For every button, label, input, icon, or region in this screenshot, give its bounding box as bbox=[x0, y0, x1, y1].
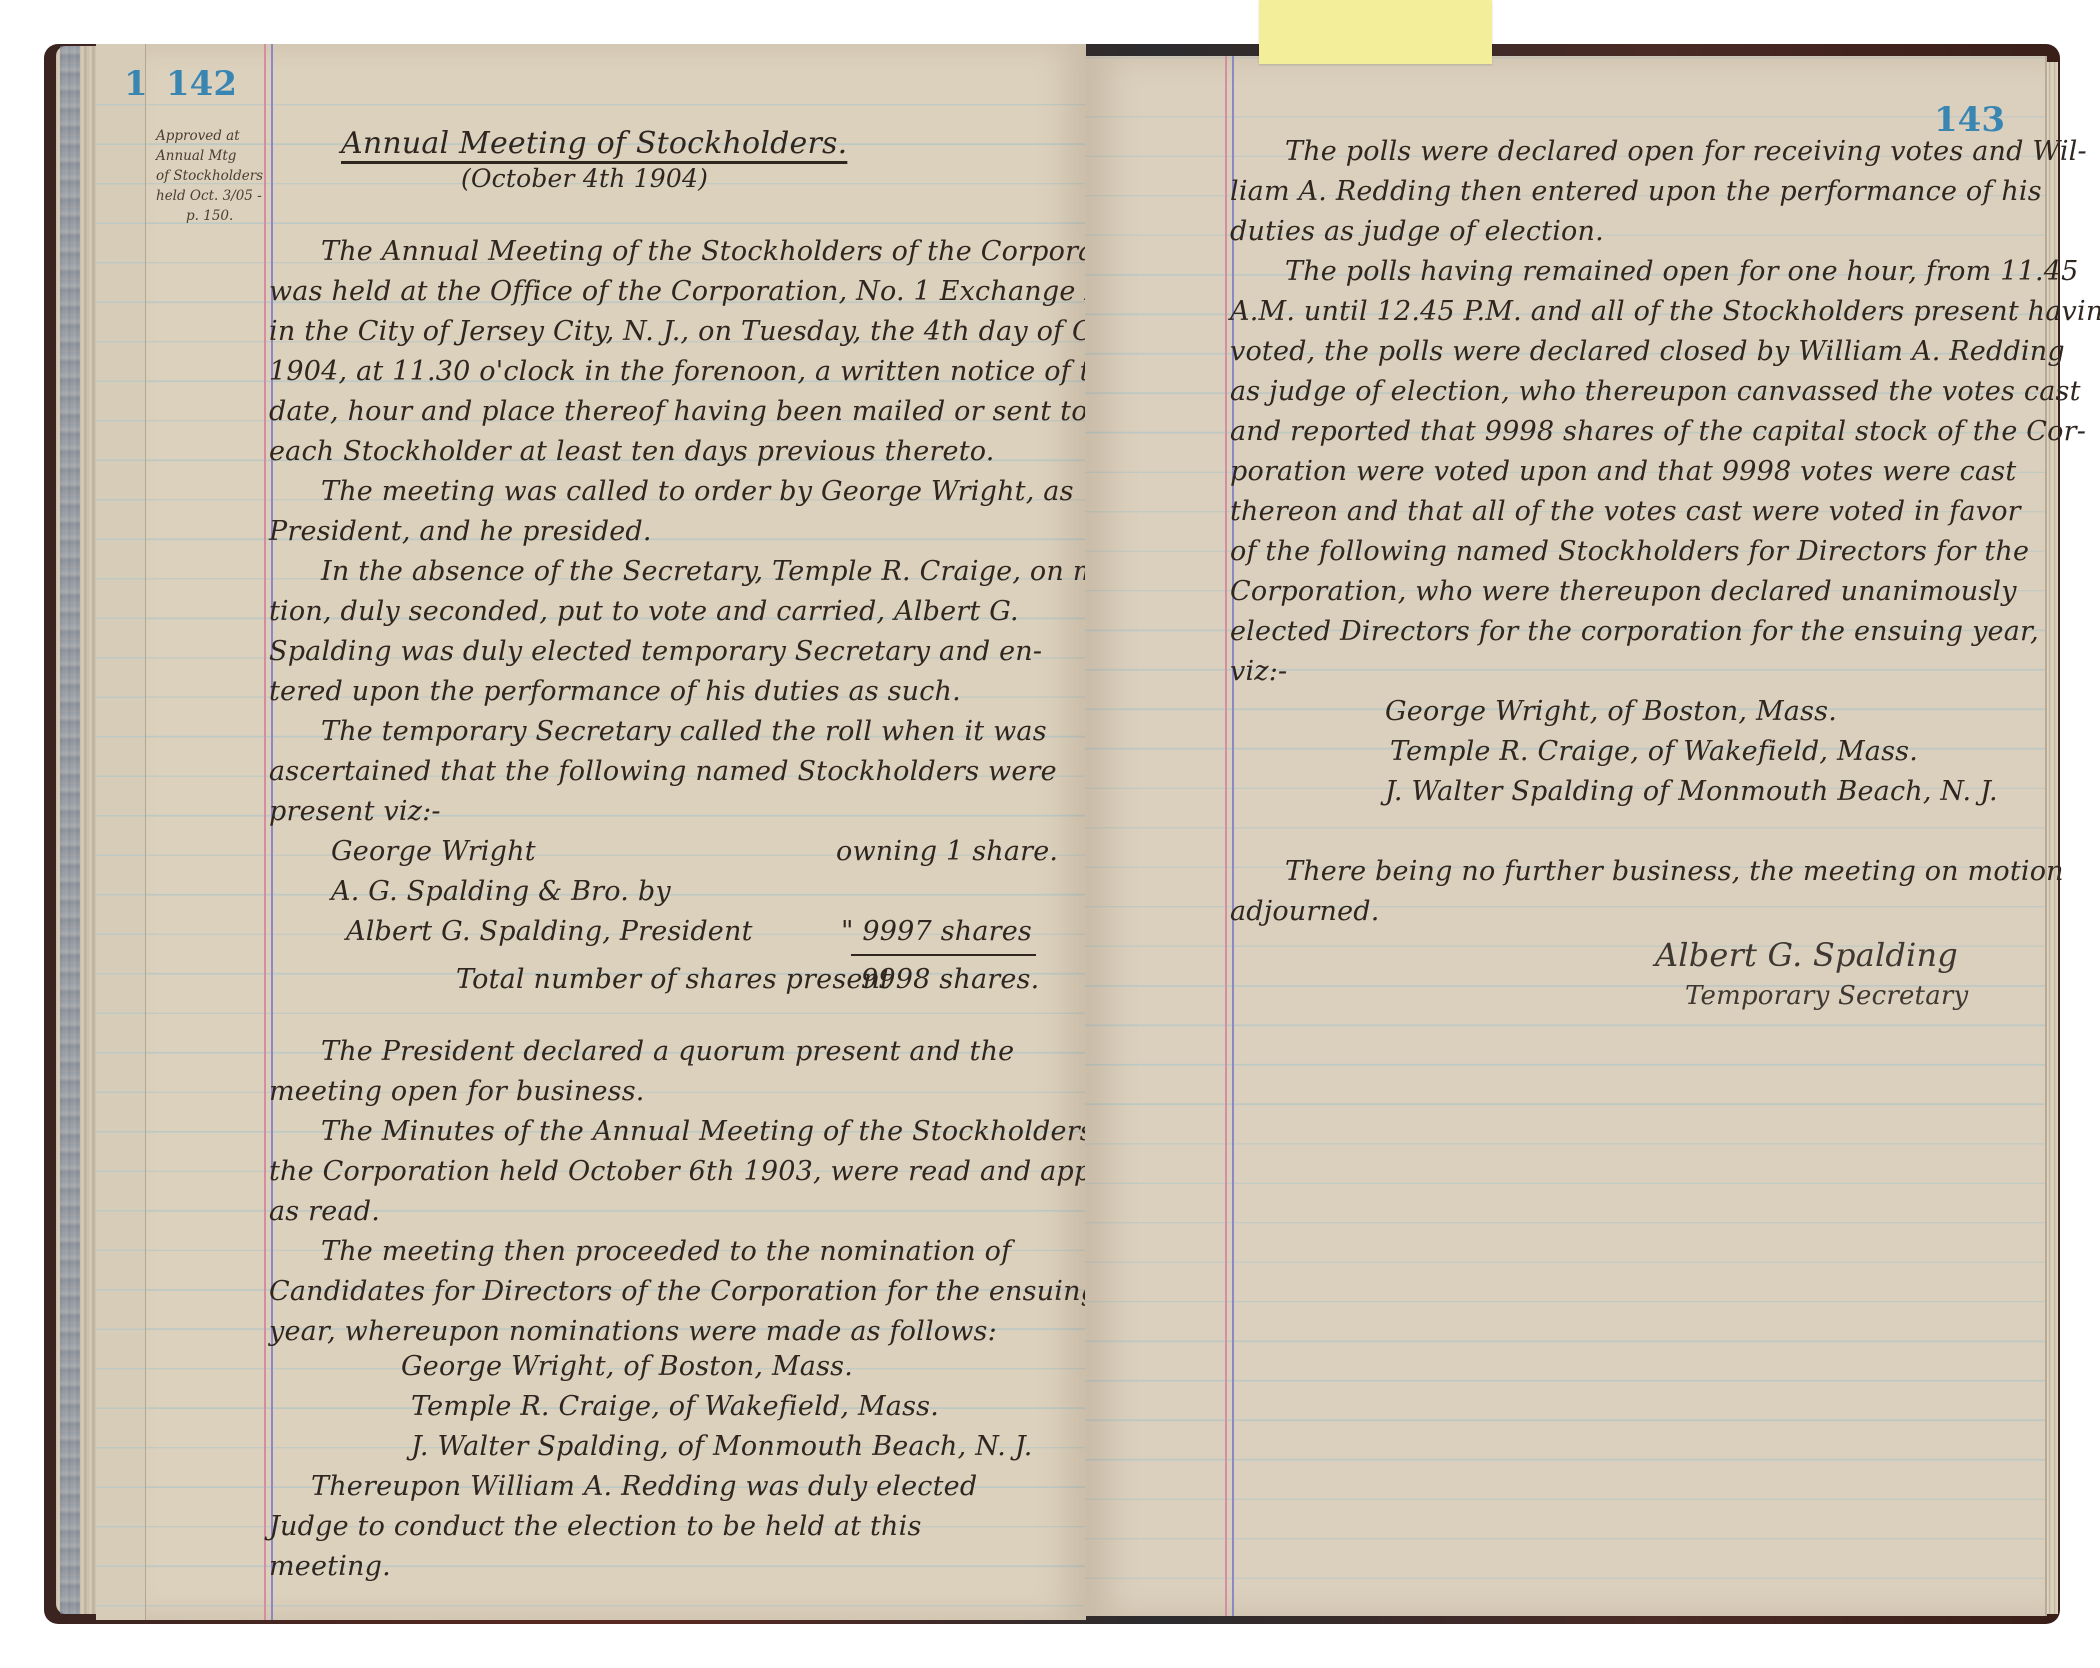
text-line: The polls having remained open for one h… bbox=[1285, 256, 2079, 287]
text-line: The polls were declared open for receivi… bbox=[1285, 136, 2087, 167]
margin-annotation: Approved at Annual Mtg of Stockholders h… bbox=[156, 126, 266, 226]
text-line: meeting. bbox=[269, 1551, 391, 1582]
text-line: in the City of Jersey City, N. J., on Tu… bbox=[269, 316, 1184, 347]
roll-name: George Wright bbox=[331, 836, 536, 867]
text-line: elected Directors for the corporation fo… bbox=[1230, 616, 2039, 647]
meeting-date: (October 4th 1904) bbox=[461, 164, 708, 193]
text-line: each Stockholder at least ten days previ… bbox=[269, 436, 995, 467]
left-page: 142 Approved at Annual Mtg of Stockholde… bbox=[145, 44, 1086, 1620]
elected-director: George Wright, of Boston, Mass. bbox=[1385, 696, 1837, 727]
text-line: A.M. until 12.45 P.M. and all of the Sto… bbox=[1230, 296, 2100, 327]
text-line: ascertained that the following named Sto… bbox=[269, 756, 1057, 787]
text-line: meeting open for business. bbox=[269, 1076, 645, 1107]
margin-note-line: Annual Mtg bbox=[156, 146, 266, 166]
text-line: Spalding was duly elected temporary Secr… bbox=[269, 636, 1042, 667]
text-line: Thereupon William A. Redding was duly el… bbox=[311, 1471, 977, 1502]
margin-note-line: Approved at bbox=[156, 126, 266, 146]
text-line: Candidates for Directors of the Corporat… bbox=[269, 1276, 1098, 1307]
signature-role: Temporary Secretary bbox=[1685, 981, 1968, 1011]
text-line: liam A. Redding then entered upon the pe… bbox=[1230, 176, 2042, 207]
text-line: and reported that 9998 shares of the cap… bbox=[1230, 416, 2086, 447]
text-line: as read. bbox=[269, 1196, 380, 1227]
margin-note-line: p. 150. bbox=[156, 206, 266, 226]
text-line: thereon and that all of the votes cast w… bbox=[1230, 496, 2021, 527]
text-line: voted, the polls were declared closed by… bbox=[1230, 336, 2065, 367]
margin-rule bbox=[1225, 56, 1234, 1616]
text-line: date, hour and place thereof having been… bbox=[269, 396, 1088, 427]
roll-name: A. G. Spalding & Bro. by bbox=[331, 876, 671, 907]
margin-note-line: of Stockholders bbox=[156, 166, 266, 186]
total-value: 9998 shares. bbox=[861, 964, 1039, 995]
text-line: viz:- bbox=[1230, 656, 1287, 687]
text-line: of the following named Stockholders for … bbox=[1230, 536, 2029, 567]
page-number-left: 142 bbox=[166, 64, 237, 104]
minutes-title: Annual Meeting of Stockholders. bbox=[341, 126, 847, 161]
roll-holding: owning 1 share. bbox=[836, 836, 1058, 867]
roll-name: Albert G. Spalding, President bbox=[346, 916, 753, 947]
margin-note-line: held Oct. 3/05 - bbox=[156, 186, 266, 206]
text-line: The President declared a quorum present … bbox=[321, 1036, 1014, 1067]
nominee: George Wright, of Boston, Mass. bbox=[401, 1351, 853, 1382]
text-line: The Minutes of the Annual Meeting of the… bbox=[321, 1116, 1129, 1147]
text-line: duties as judge of election. bbox=[1230, 216, 1604, 247]
page-number-right: 143 bbox=[1934, 100, 2005, 140]
text-line: President, and he presided. bbox=[269, 516, 652, 547]
elected-director: Temple R. Craige, of Wakefield, Mass. bbox=[1390, 736, 1918, 767]
text-line: present viz:- bbox=[269, 796, 441, 827]
text-line: tion, duly seconded, put to vote and car… bbox=[269, 596, 1019, 627]
text-line: poration were voted upon and that 9998 v… bbox=[1230, 456, 2016, 487]
text-line: year, whereupon nominations were made as… bbox=[269, 1316, 997, 1347]
elected-director: J. Walter Spalding of Monmouth Beach, N.… bbox=[1385, 776, 1998, 807]
text-line: Corporation, who were thereupon declared… bbox=[1230, 576, 2017, 607]
text-line: The temporary Secretary called the roll … bbox=[321, 716, 1047, 747]
text-line: The meeting was called to order by Georg… bbox=[321, 476, 1074, 507]
text-line: The meeting then proceeded to the nomina… bbox=[321, 1236, 1011, 1267]
text-line: The Annual Meeting of the Stockholders o… bbox=[321, 236, 1148, 267]
text-line: In the absence of the Secretary, Temple … bbox=[321, 556, 1124, 587]
sticky-note-tab bbox=[1259, 0, 1492, 64]
text-line: Judge to conduct the election to be held… bbox=[269, 1511, 922, 1542]
text-line: the Corporation held October 6th 1903, w… bbox=[269, 1156, 1170, 1187]
text-line: as judge of election, who thereupon canv… bbox=[1230, 376, 2081, 407]
nominee: J. Walter Spalding, of Monmouth Beach, N… bbox=[411, 1431, 1033, 1462]
right-page: 143 The polls were declared open for rec… bbox=[1085, 56, 2047, 1616]
text-line: There being no further business, the mee… bbox=[1285, 856, 2064, 887]
text-line: 1904, at 11.30 o'clock in the forenoon, … bbox=[269, 356, 1124, 387]
sum-rule bbox=[851, 954, 1036, 956]
signature: Albert G. Spalding bbox=[1655, 936, 1958, 974]
text-line: was held at the Office of the Corporatio… bbox=[269, 276, 1168, 307]
text-line: tered upon the performance of his duties… bbox=[269, 676, 961, 707]
total-label: Total number of shares present bbox=[456, 964, 891, 995]
text-line: adjourned. bbox=[1230, 896, 1380, 927]
roll-holding: " 9997 shares bbox=[841, 916, 1032, 947]
marbled-edge bbox=[60, 46, 80, 1614]
nominee: Temple R. Craige, of Wakefield, Mass. bbox=[411, 1391, 939, 1422]
